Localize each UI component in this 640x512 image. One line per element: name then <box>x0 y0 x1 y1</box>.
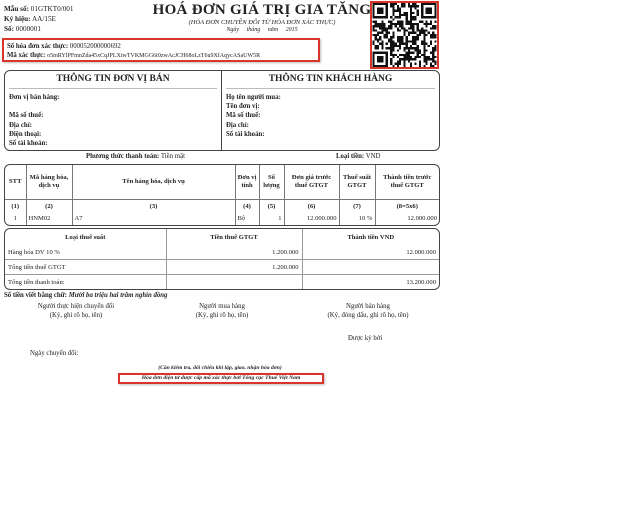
column-header: Loại thuế suất <box>5 229 166 245</box>
column-index: (4) <box>235 200 259 213</box>
column-index: (8=5x6) <box>375 200 439 213</box>
table-row: Tổng tiền thanh toán:13.200.000 <box>5 275 439 290</box>
seller-field-label: Đơn vị bán hàng: <box>9 93 217 102</box>
signature-buyer: Người mua hàng (Ký, ghi rõ họ, tên) <box>172 302 272 320</box>
column-index: (6) <box>284 200 339 213</box>
buyer-field-label: Họ tên người mua: <box>226 93 435 102</box>
form-number: Mẫu số: 01GTKT0/001 <box>4 4 74 14</box>
table-row: Tổng tiền thuế GTGT1.200.000 <box>5 260 439 275</box>
items-index-row: (1)(2)(3)(4)(5)(6)(7)(8=5x6) <box>5 200 439 213</box>
table-cell: 13.200.000 <box>302 275 439 290</box>
column-header: Thành tiền VND <box>302 229 439 245</box>
column-header: Tiền thuế GTGT <box>166 229 302 245</box>
column-header: Đơn giá trước thuế GTGT <box>284 165 339 200</box>
column-header: Tên hàng hóa, dịch vụ <box>72 165 235 200</box>
column-index: (5) <box>259 200 284 213</box>
invoice-number: Số: 0000001 <box>4 24 74 34</box>
tax-summary-table: Loại thuế suấtTiền thuế GTGTThành tiền V… <box>4 228 440 290</box>
summary-header-row: Loại thuế suấtTiền thuế GTGTThành tiền V… <box>5 229 439 245</box>
buyer-field-label: Tên đơn vị: <box>226 102 435 111</box>
qr-code-icon <box>370 1 439 69</box>
table-cell: 1 <box>259 212 284 225</box>
table-cell <box>166 275 302 290</box>
table-cell: Hàng hóa DV 10 % <box>5 245 166 260</box>
verification-code: Mã xác thực: o5mRYlPFmnZda45xCqJPLXtwTVK… <box>7 51 315 61</box>
table-cell: 12.000.000 <box>284 212 339 225</box>
invoice-date-line: Ngày tháng năm 2015 <box>112 27 412 33</box>
party-info-box: THÔNG TIN ĐƠN VỊ BÁN Đơn vị bán hàng: Mã… <box>4 70 440 151</box>
seller-section: THÔNG TIN ĐƠN VỊ BÁN Đơn vị bán hàng: Mã… <box>5 71 222 150</box>
table-cell: 1.200.000 <box>166 245 302 260</box>
column-header: Số lượng <box>259 165 284 200</box>
buyer-heading: THÔNG TIN KHÁCH HÀNG <box>226 71 435 89</box>
table-row: Hàng hóa DV 10 %1.200.00012.000.000 <box>5 245 439 260</box>
signed-by: Được ký bởi <box>348 335 382 342</box>
column-index: (2) <box>26 200 72 213</box>
invoice-subtitle: (HÓA ĐƠN CHUYỂN ĐỔI TỪ HÓA ĐƠN XÁC THỰC) <box>112 19 412 26</box>
conversion-date: Ngày chuyển đổi: <box>30 350 78 357</box>
column-index: (7) <box>339 200 375 213</box>
seller-field-label: Mã số thuế: <box>9 111 217 120</box>
currency: Loại tiền: VND <box>336 153 380 160</box>
seller-field-label: Số tài khoản: <box>9 139 217 148</box>
table-cell: Tổng tiền thanh toán: <box>5 275 166 290</box>
signature-converter: Người thực hiện chuyển đổi (Ký, ghi rõ h… <box>26 302 126 320</box>
seller-fields: Đơn vị bán hàng: Mã số thuế:Địa chỉ:Điện… <box>5 89 221 148</box>
invoice-meta: Mẫu số: 01GTKT0/001 Ký hiệu: AA/15E Số: … <box>4 4 74 34</box>
invoice-title: HOÁ ĐƠN GIÁ TRỊ GIA TĂNG <box>112 2 412 19</box>
buyer-section: THÔNG TIN KHÁCH HÀNG Họ tên người mua:Tê… <box>222 71 439 150</box>
column-header: STT <box>5 165 26 200</box>
seller-field-label <box>9 102 217 111</box>
table-cell: Bộ <box>235 212 259 225</box>
seller-field-label: Điện thoại: <box>9 130 217 139</box>
seller-heading: THÔNG TIN ĐƠN VỊ BÁN <box>9 71 217 89</box>
table-cell: 12.000.000 <box>302 245 439 260</box>
table-cell: 1.200.000 <box>166 260 302 275</box>
table-cell <box>302 260 439 275</box>
column-header: Mã hàng hóa, dịch vụ <box>26 165 72 200</box>
seller-field-label: Địa chỉ: <box>9 121 217 130</box>
table-cell: A7 <box>72 212 235 225</box>
buyer-field-label: Mã số thuế: <box>226 111 435 120</box>
table-row: 1HNM02A7Bộ112.000.00010 %12.000.000 <box>5 212 439 225</box>
table-cell: 10 % <box>339 212 375 225</box>
table-cell: HNM02 <box>26 212 72 225</box>
column-index: (3) <box>72 200 235 213</box>
column-header: Thành tiền trước thuế GTGT <box>375 165 439 200</box>
buyer-field-label: Số tài khoản: <box>226 130 435 139</box>
items-header-row: STTMã hàng hóa, dịch vụTên hàng hóa, dịc… <box>5 165 439 200</box>
table-cell: Tổng tiền thuế GTGT <box>5 260 166 275</box>
verification-box: Số hóa đơn xác thực: 000052000000692 Mã … <box>2 38 320 62</box>
column-header: Thuế suất GTGT <box>339 165 375 200</box>
payment-method: Phương thức thanh toán: Tiền mặt <box>86 153 185 160</box>
items-table: STTMã hàng hóa, dịch vụTên hàng hóa, dịc… <box>4 164 440 226</box>
column-index: (1) <box>5 200 26 213</box>
amount-in-words: Số tiền viết bằng chữ: Mười ba triệu hai… <box>4 292 167 299</box>
invoice-symbol: Ký hiệu: AA/15E <box>4 14 74 24</box>
buyer-field-label: Địa chỉ: <box>226 121 435 130</box>
column-header: Đơn vị tính <box>235 165 259 200</box>
signature-seller: Người bán hàng (Ký, đóng dấu, ghi rõ họ,… <box>318 302 418 320</box>
check-note: (Cần kiểm tra, đối chiếu khi lập, giao, … <box>140 365 300 371</box>
buyer-fields: Họ tên người mua:Tên đơn vị:Mã số thuế:Đ… <box>222 89 439 139</box>
verified-invoice-number: Số hóa đơn xác thực: 000052000000692 <box>7 42 315 51</box>
table-cell: 1 <box>5 212 26 225</box>
table-cell: 12.000.000 <box>375 212 439 225</box>
tax-authority-box: Hóa đơn điện tử được cấp mã xác thực bởi… <box>118 373 324 384</box>
